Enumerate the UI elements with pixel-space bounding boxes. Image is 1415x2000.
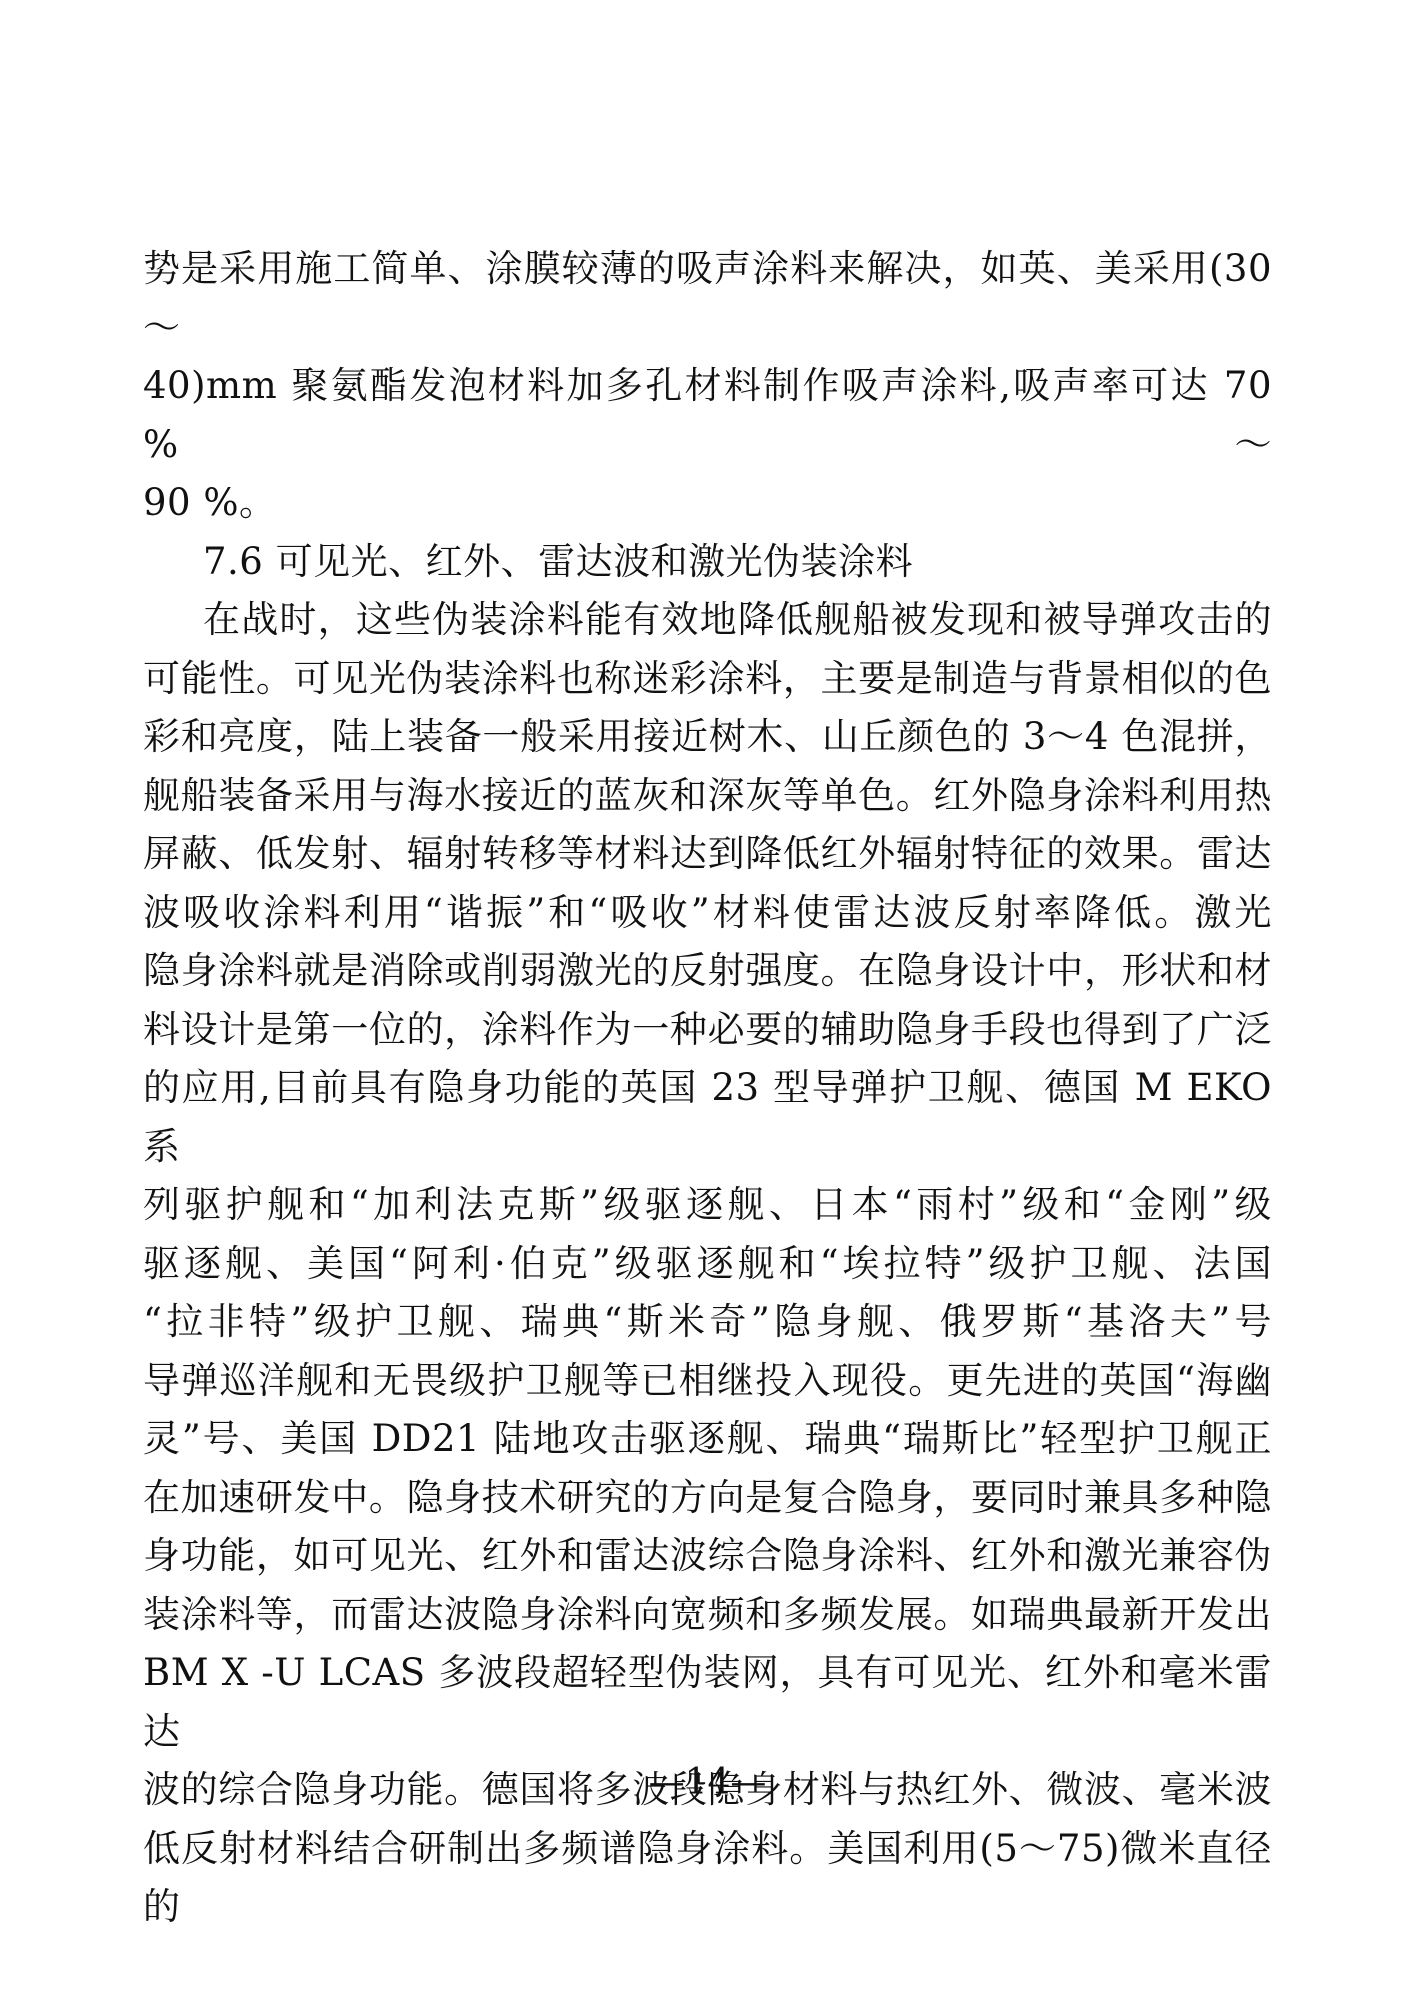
text-line: 导弹巡洋舰和无畏级护卫舰等已相继投入现役。更先进的英国“海幽	[143, 1352, 1272, 1411]
page-footer: —14—	[143, 1758, 1272, 1808]
text-line: 列驱护舰和“加利法克斯”级驱逐舰、日本“雨村”级和“金刚”级	[143, 1176, 1272, 1235]
text-line: 40)mm 聚氨酯发泡材料加多孔材料制作吸声涂料,吸声率可达 70 %～	[143, 357, 1272, 474]
text-line: 可能性。可见光伪装涂料也称迷彩涂料，主要是制造与背景相似的色	[143, 650, 1272, 709]
page-number: —14—	[649, 1762, 767, 1803]
text-line: 低反射材料结合研制出多频谱隐身涂料。美国利用(5～75)微米直径的	[143, 1820, 1272, 1937]
text-line: 隐身涂料就是消除或削弱激光的反射强度。在隐身设计中，形状和材	[143, 942, 1272, 1001]
text-line: 势是采用施工简单、涂膜较薄的吸声涂料来解决，如英、美采用(30～	[143, 240, 1272, 357]
text-line: 彩和亮度，陆上装备一般采用接近树木、山丘颜色的 3～4 色混拼，	[143, 708, 1272, 767]
text-line: 驱逐舰、美国“阿利·伯克”级驱逐舰和“埃拉特”级护卫舰、法国	[143, 1235, 1272, 1294]
text-block: 势是采用施工简单、涂膜较薄的吸声涂料来解决，如英、美采用(30～40)mm 聚氨…	[143, 240, 1272, 1937]
section-heading: 7.6 可见光、红外、雷达波和激光伪装涂料	[143, 533, 1272, 592]
text-line: 在战时，这些伪装涂料能有效地降低舰船被发现和被导弹攻击的	[143, 591, 1272, 650]
text-line: 舰船装备采用与海水接近的蓝灰和深灰等单色。红外隐身涂料利用热	[143, 767, 1272, 826]
text-line: BM X -U LCAS 多波段超轻型伪装网，具有可见光、红外和毫米雷达	[143, 1644, 1272, 1761]
text-line: 在加速研发中。隐身技术研究的方向是复合隐身，要同时兼具多种隐	[143, 1469, 1272, 1528]
text-line: 波吸收涂料利用“谐振”和“吸收”材料使雷达波反射率降低。激光	[143, 884, 1272, 943]
text-line: 装涂料等，而雷达波隐身涂料向宽频和多频发展。如瑞典最新开发出	[143, 1586, 1272, 1645]
text-line: 90 %。	[143, 474, 1272, 533]
text-line: 身功能，如可见光、红外和雷达波综合隐身涂料、红外和激光兼容伪	[143, 1527, 1272, 1586]
text-line: 灵”号、美国 DD21 陆地攻击驱逐舰、瑞典“瑞斯比”轻型护卫舰正	[143, 1410, 1272, 1469]
text-line: 的应用,目前具有隐身功能的英国 23 型导弹护卫舰、德国 M EKO 系	[143, 1059, 1272, 1176]
text-line: 屏蔽、低发射、辐射转移等材料达到降低红外辐射特征的效果。雷达	[143, 825, 1272, 884]
text-line: “拉非特”级护卫舰、瑞典“斯米奇”隐身舰、俄罗斯“基洛夫”号	[143, 1293, 1272, 1352]
text-line: 料设计是第一位的，涂料作为一种必要的辅助隐身手段也得到了广泛	[143, 1001, 1272, 1060]
